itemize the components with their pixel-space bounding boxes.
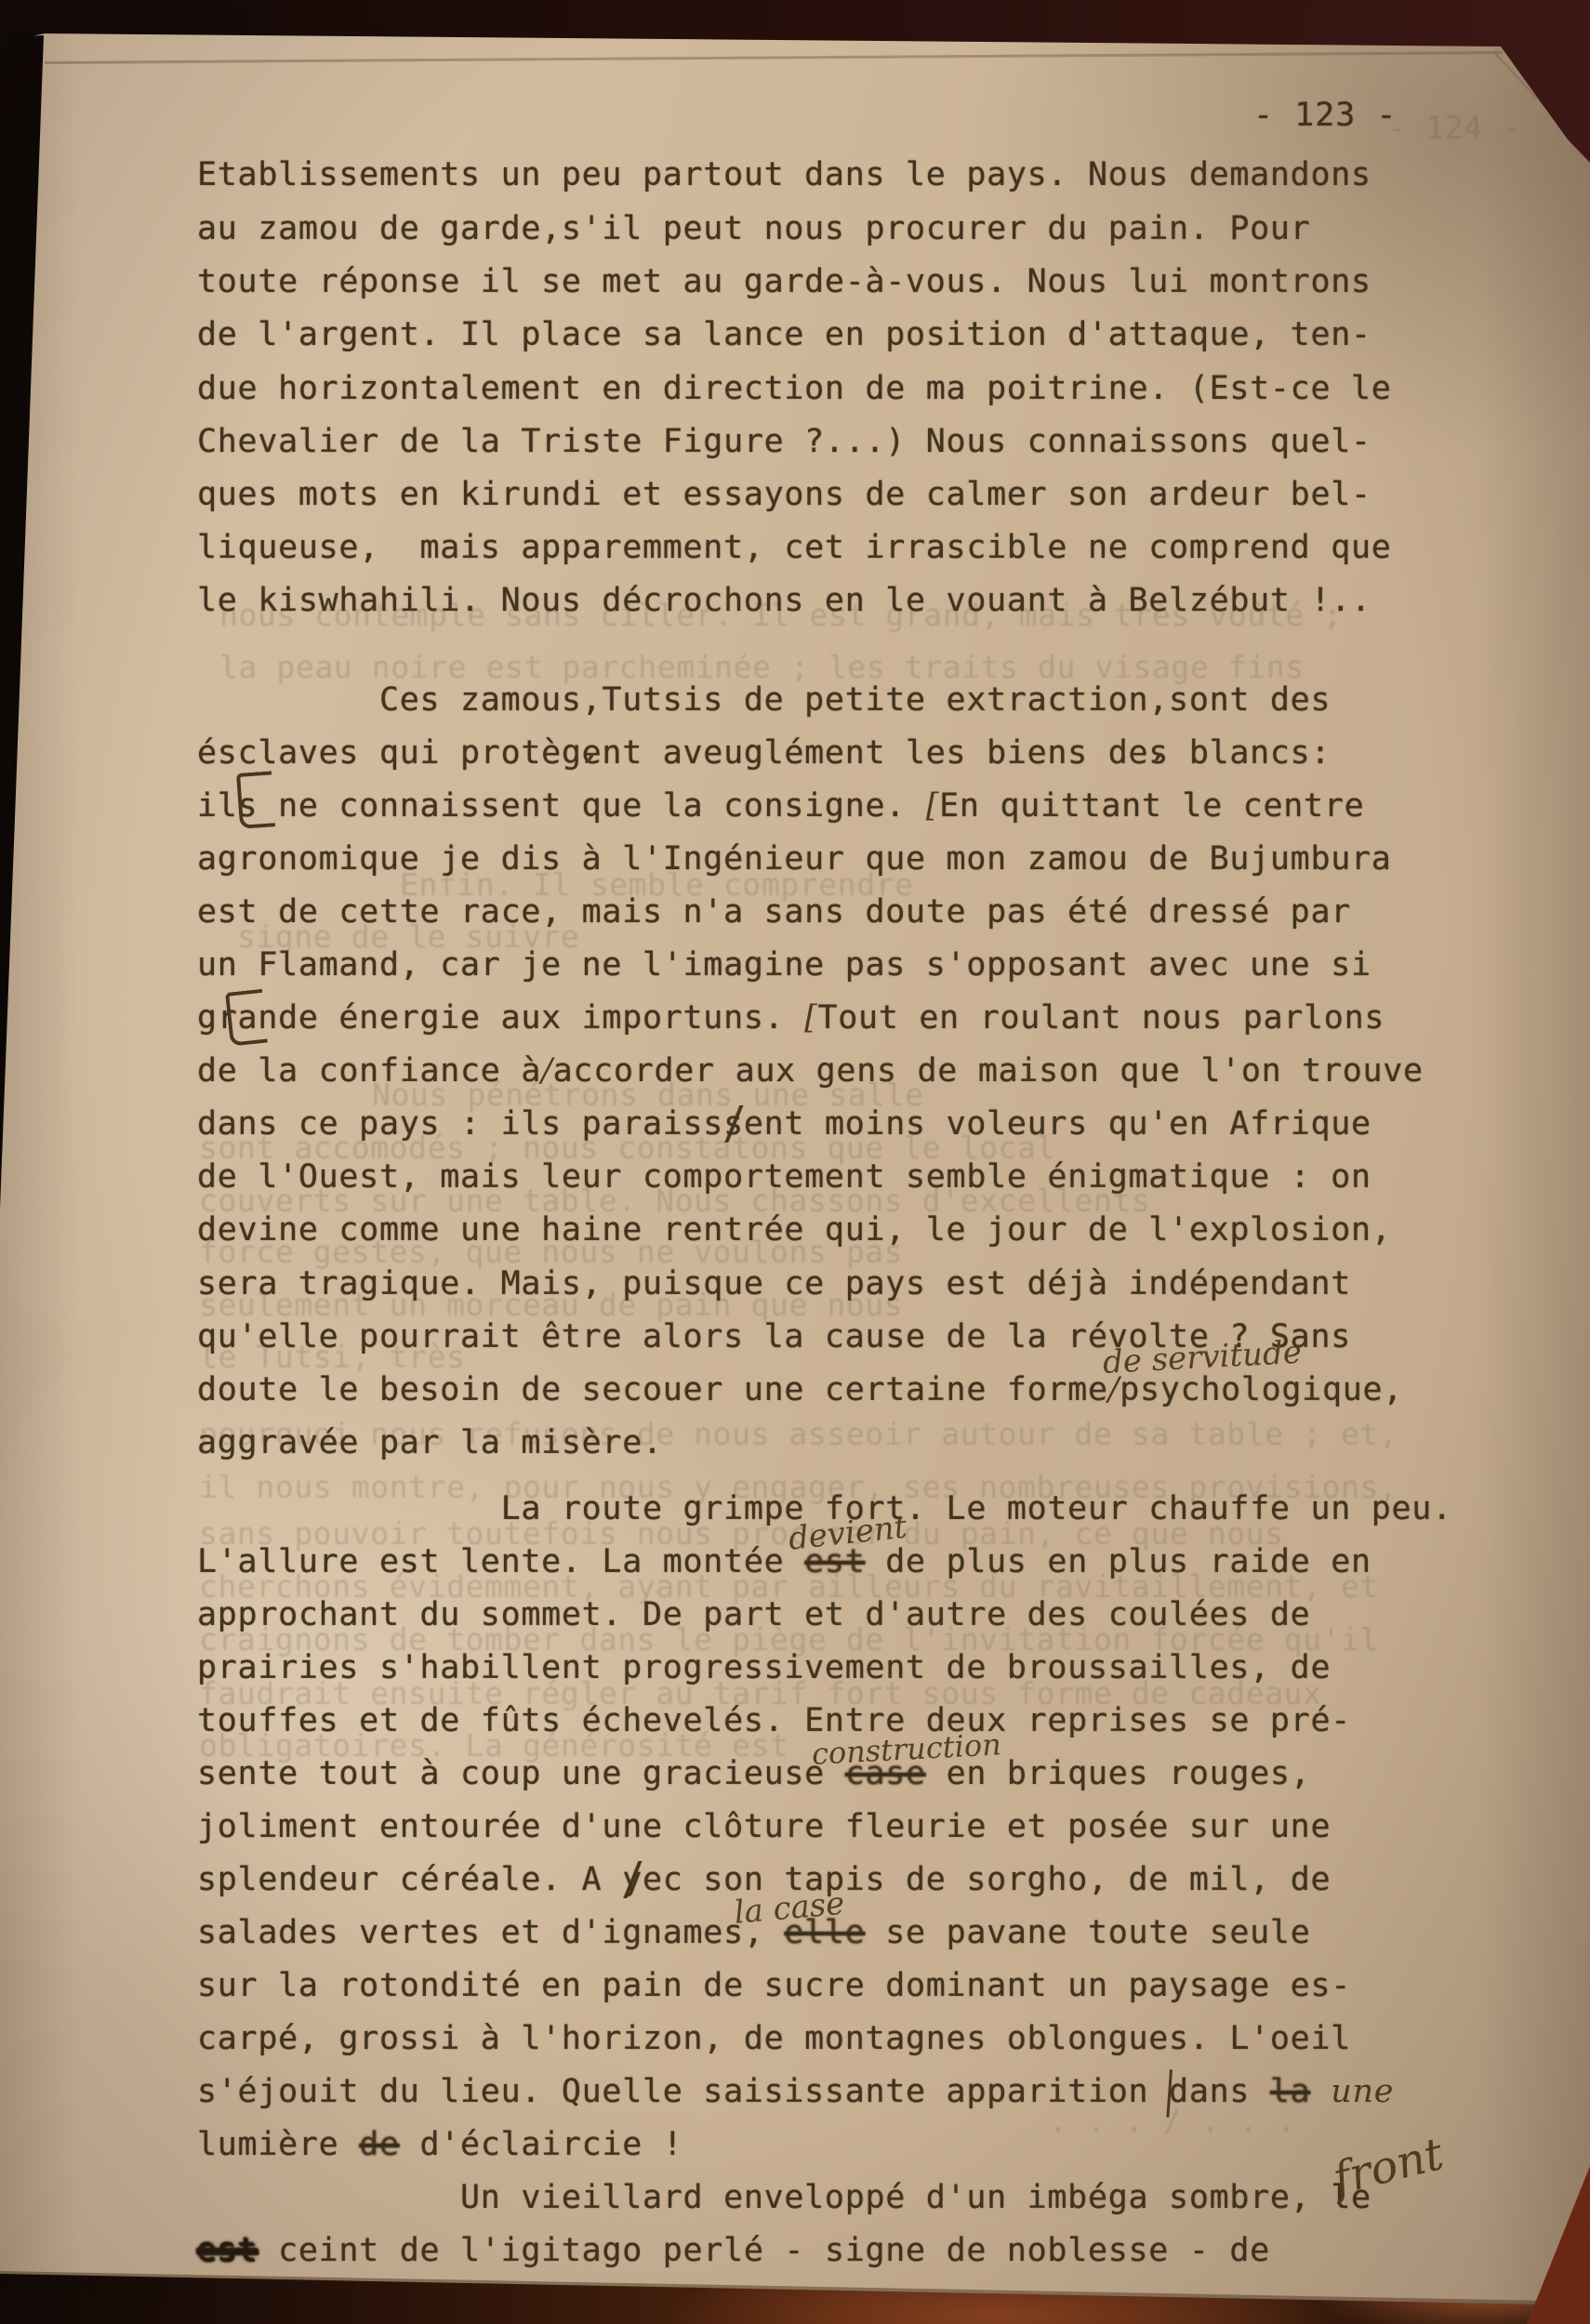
typed-line: Ces zamous,Tutsis de petite extraction,s… <box>197 681 1331 719</box>
typed-segment: de l'argent. Il place sa lance en positi… <box>197 316 1371 353</box>
typed-line: approchant du sommet. De part et d'autre… <box>197 1596 1310 1633</box>
typed-segment: En quittant le centre <box>939 787 1364 825</box>
typed-line: Chevalier de la Triste Figure ?...) Nous… <box>197 423 1371 460</box>
typed-line: s'éjouit du lieu. Quelle saisissante app… <box>197 2073 1394 2110</box>
typed-line: doute le besoin de secouer une certaine … <box>197 1371 1403 1408</box>
typed-line: sera tragique. Mais, puisque ce pays est… <box>197 1265 1351 1302</box>
typed-segment: Chevalier de la Triste Figure ?...) Nous… <box>197 423 1371 460</box>
typed-segment: due horizontalement en direction de ma p… <box>197 370 1392 407</box>
typed-ink-segment: [ <box>804 999 817 1037</box>
typed-segment: toute réponse il se met au garde-à-vous.… <box>197 263 1371 300</box>
typed-line: joliment entourée d'une clôture fleurie … <box>197 1808 1331 1845</box>
typed-line: Etablissements un peu partout dans le pa… <box>197 156 1371 193</box>
page-number: - 123 - <box>1253 97 1398 134</box>
typed-segment: Tout en roulant nous parlons <box>818 999 1385 1037</box>
ghost-line: la peau noire est parcheminée ; les trai… <box>219 649 1305 685</box>
typed-segment: sente tout à coup une gracieuse <box>197 1755 845 1792</box>
typed-line: agronomique je dis à l'Ingénieur que mon… <box>197 840 1392 878</box>
typed-segment: le kiswhahili. Nous décrochons en le vou… <box>197 582 1371 619</box>
typed-segment: de plus en plus raide en <box>865 1543 1371 1580</box>
handwritten-comma: , <box>584 718 598 768</box>
typed-segment: ceint de l'igitago perlé - signe de nobl… <box>258 2232 1270 2269</box>
typed-segment: touffes et de fûts échevelés. Entre deux… <box>197 1702 1351 1739</box>
typed-line: aggravée par la misère. <box>197 1424 663 1461</box>
typed-segment: au zamou de garde,s'il peut nous procure… <box>197 210 1310 247</box>
typed-line: un Flamand, car je ne l'imagine pas s'op… <box>197 946 1371 984</box>
typed-line: due horizontalement en direction de ma p… <box>197 370 1392 407</box>
typed-segment: prairies s'habillent progressivement de … <box>197 1649 1331 1686</box>
typed-line: au zamou de garde,s'il peut nous procure… <box>197 210 1310 247</box>
typed-line: prairies s'habillent progressivement de … <box>197 1649 1331 1686</box>
typed-segment: Etablissements un peu partout dans le pa… <box>197 156 1371 193</box>
typed-segment: Un vieillard enveloppé d'un imbéga sombr… <box>197 2179 1371 2216</box>
handwritten-comma: , <box>1151 718 1165 768</box>
typed-slashed-segment: s <box>723 1105 744 1142</box>
typed-line: de l'Ouest, mais leur comportement sembl… <box>197 1158 1371 1195</box>
typed-segment: accorder aux gens de maison que l'on tro… <box>553 1052 1424 1089</box>
typed-line: liqueuse, mais apparemment, cet irrascib… <box>197 529 1392 566</box>
typed-segment: grande énergie aux importuns. <box>197 999 804 1037</box>
typed-segment: se pavane toute seule <box>865 1914 1310 1951</box>
typed-line: devine comme une haine rentrée qui, le j… <box>197 1211 1392 1248</box>
typed-segment: aggravée par la misère. <box>197 1424 663 1461</box>
typed-xout-segment: de <box>359 2126 400 2163</box>
typed-line: carpé, grossi à l'horizon, de montagnes … <box>197 2020 1351 2057</box>
typed-line: dans ce pays : ils paraisssent moins vol… <box>197 1105 1371 1142</box>
typed-ink-segment: / <box>541 1052 553 1089</box>
typed-line: sente tout à coup une gracieuse case en … <box>197 1755 1310 1792</box>
typed-segment: splendeur céréale. A <box>197 1861 622 1898</box>
typed-blackout-segment: est <box>197 2232 258 2269</box>
typed-segment: sera tragique. Mais, puisque ce pays est… <box>197 1265 1351 1302</box>
typed-line: de la confiance à/accorder aux gens de m… <box>197 1052 1424 1089</box>
typed-segment: carpé, grossi à l'horizon, de montagnes … <box>197 2020 1351 2057</box>
typed-line: le kiswhahili. Nous décrochons en le vou… <box>197 582 1371 619</box>
typed-segment: ques mots en kirundi et essayons de calm… <box>197 476 1371 513</box>
typed-line: toute réponse il se met au garde-à-vous.… <box>197 263 1371 300</box>
typed-segment: joliment entourée d'une clôture fleurie … <box>197 1808 1331 1845</box>
typed-segment: s'éjouit du lieu. Quelle saisissante app… <box>197 2073 1270 2110</box>
margin-bracket-mark <box>225 989 268 1047</box>
typed-segment: sur la rotondité en pain de sucre domina… <box>197 1967 1351 2004</box>
typed-line: ils ne connaissent que la consigne. [En … <box>197 787 1364 825</box>
typed-segment: salades vertes et d'ignames, <box>197 1914 784 1951</box>
typed-segment <box>1310 2073 1331 2110</box>
typed-ink-segment: une <box>1331 2073 1394 2110</box>
typed-segment: de la confiance à <box>197 1052 541 1089</box>
typed-xout-segment: la <box>1270 2073 1311 2110</box>
typed-line: de l'argent. Il place sa lance en positi… <box>197 316 1371 353</box>
typed-segment: devine comme une haine rentrée qui, le j… <box>197 1211 1392 1248</box>
typed-segment: d'éclaircie ! <box>400 2126 683 2163</box>
typed-segment: approchant du sommet. De part et d'autre… <box>197 1596 1310 1633</box>
typed-segment: un Flamand, car je ne l'imagine pas s'op… <box>197 946 1371 984</box>
typed-line: est ceint de l'igitago perlé - signe de … <box>197 2232 1270 2269</box>
typed-line: lumière de d'éclaircie ! <box>197 2126 683 2163</box>
typed-segment: Ces zamous,Tutsis de petite extraction,s… <box>197 681 1331 719</box>
typed-segment: L'allure est lente. La montée <box>197 1543 804 1580</box>
typed-segment: dans ce pays : ils paraiss <box>197 1105 723 1142</box>
typed-segment: liqueuse, mais apparemment, cet irrascib… <box>197 529 1392 566</box>
typed-segment: agronomique je dis à l'Ingénieur que mon… <box>197 840 1392 878</box>
typed-slashed-segment: y <box>622 1861 643 1898</box>
typed-segment: lumière <box>197 2126 359 2163</box>
typed-ink-segment: [ <box>926 787 939 825</box>
typed-segment: ils ne connaissent que la consigne. <box>197 787 926 825</box>
typed-line: sur la rotondité en pain de sucre domina… <box>197 1967 1351 2004</box>
margin-bracket-mark <box>236 771 275 829</box>
typed-line: ques mots en kirundi et essayons de calm… <box>197 476 1371 513</box>
typed-segment: doute le besoin de secouer une certaine … <box>197 1371 1108 1408</box>
typed-line: est de cette race, mais n'a sans doute p… <box>197 893 1351 931</box>
typed-line: grande énergie aux importuns. [Tout en r… <box>197 999 1385 1037</box>
typed-segment: ent moins voleurs qu'en Afrique <box>744 1105 1371 1142</box>
photo-background: - 124 - - 123 - nous contemple sans cill… <box>0 0 1590 2324</box>
typed-line: L'allure est lente. La montée est de plu… <box>197 1543 1371 1580</box>
typed-segment: est de cette race, mais n'a sans doute p… <box>197 893 1351 931</box>
page-number-ghost: - 124 - <box>1387 110 1520 147</box>
typed-line: Un vieillard enveloppé d'un imbéga sombr… <box>197 2179 1371 2216</box>
typed-line: touffes et de fûts échevelés. Entre deux… <box>197 1702 1351 1739</box>
typed-segment: de l'Ouest, mais leur comportement sembl… <box>197 1158 1371 1195</box>
